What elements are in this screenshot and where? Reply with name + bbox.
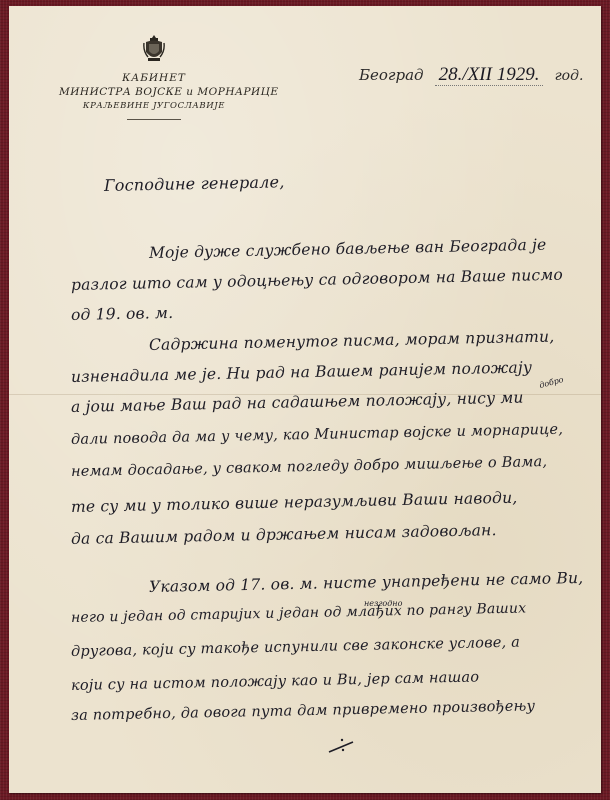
body-line: а још мање Ваш рад на садашњем положају,… <box>71 389 524 416</box>
body-line: изненадила ме је. Ни рад на Вашем раније… <box>71 358 532 386</box>
body-line: разлог што сам у одоцњењу са одговором н… <box>71 266 563 294</box>
letter-sheet: КАБИНЕТ МИНИСТРА ВОЈСКЕ и МОРНАРИЦЕ КРАЉ… <box>9 6 601 793</box>
body-line: Моје дуже службено бављење ван Београда … <box>149 236 547 262</box>
body-line: Садржина поменутог писма, морам признати… <box>149 328 555 354</box>
coat-of-arms-icon <box>143 34 165 64</box>
body-line: који су на истом положају као и Ви, јер … <box>71 669 480 694</box>
body-line: Указом од 17. ов. м. нисте унапређени не… <box>149 569 584 596</box>
salutation: Господине генерале, <box>104 172 285 195</box>
body-line: од 19. ов. м. <box>71 304 174 324</box>
body-line: дали повода да ма у чему, као Министар в… <box>71 422 563 448</box>
letterhead-kingdom: КРАЉЕВИНЕ ЈУГОСЛАВИЈЕ <box>59 101 249 111</box>
letterhead-rule <box>127 119 181 120</box>
letterhead: КАБИНЕТ МИНИСТРА ВОЈСКЕ и МОРНАРИЦЕ КРАЉ… <box>59 34 249 120</box>
body-line: да са Вашим радом и држањем нисам задово… <box>71 521 497 548</box>
date-suffix: год. <box>555 68 584 84</box>
letterhead-cabinet: КАБИНЕТ <box>59 72 249 84</box>
body-line: те су ми у толико више неразумљиви Ваши … <box>71 489 518 516</box>
body-line: другова, који су такође испунили све зак… <box>71 635 520 660</box>
body-line: него и један од старијих и један од млађ… <box>71 600 527 626</box>
marginal-note: добро <box>538 375 564 390</box>
date-value: 28./XII 1929. <box>435 64 544 86</box>
body-line: немам досадање, у сваком погледу добро м… <box>71 454 548 480</box>
closing-mark-icon <box>327 736 357 754</box>
body-line: за потребно, да овога пута дам привремен… <box>71 698 535 724</box>
dateline: Београд 28./XII 1929. год. <box>359 64 583 86</box>
letterhead-ministry: МИНИСТРА ВОЈСКЕ и МОРНАРИЦЕ <box>59 86 249 98</box>
date-place: Београд <box>359 66 424 84</box>
